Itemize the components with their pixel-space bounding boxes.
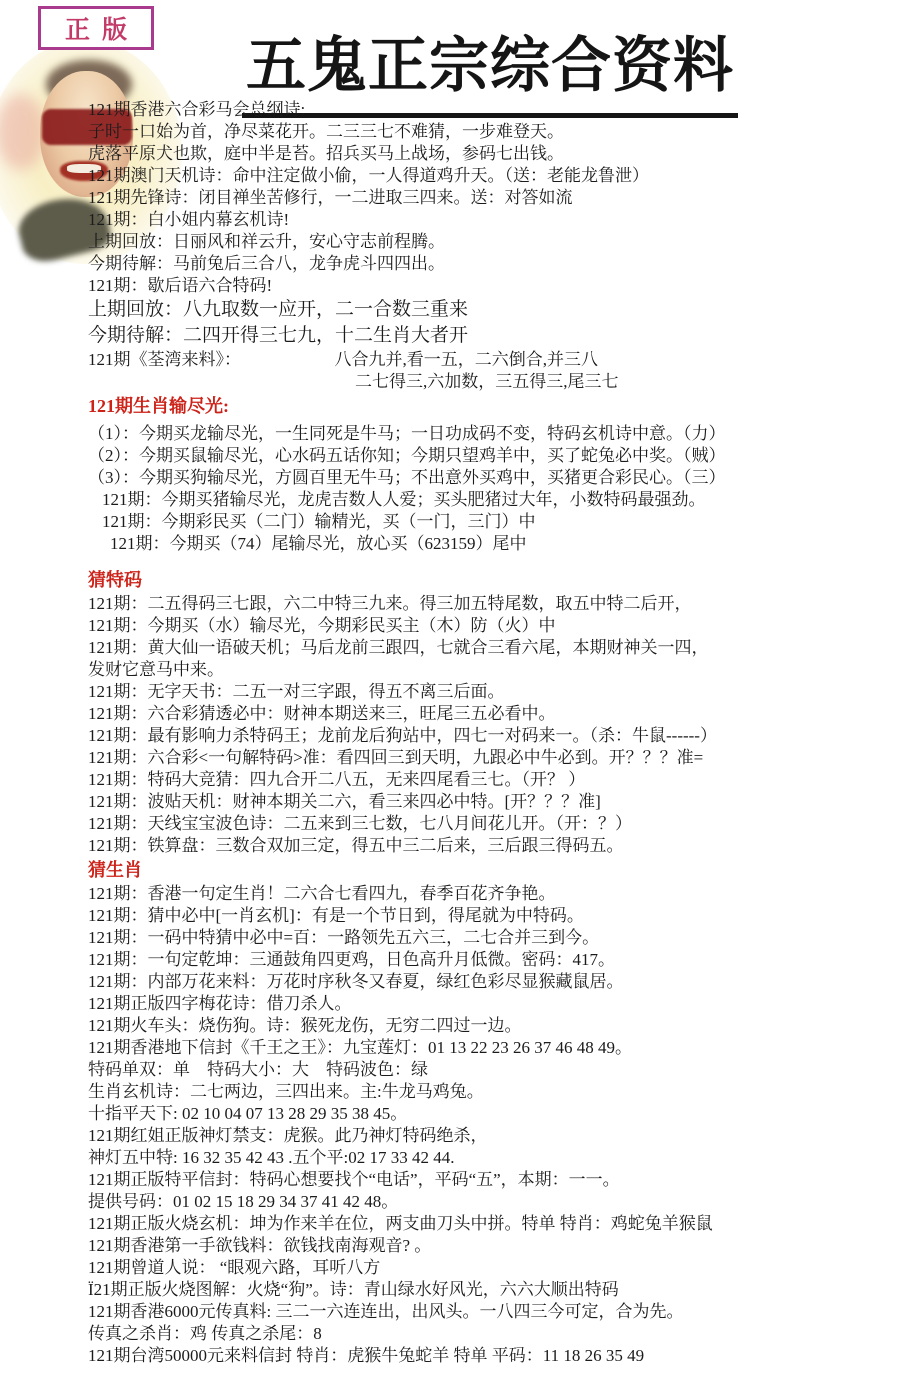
text-line: 传真之杀肖：鸡 传真之杀尾：8 (88, 1323, 900, 1345)
text-line: 121期：歇后语六合特码! (88, 275, 900, 297)
authentic-badge-label: 正版 (65, 10, 139, 46)
content-lines: 121期香港六合彩马会总纲诗:子时一口始为首，净尽菜花开。二三三七不难猜，一步难… (88, 99, 900, 1367)
text-line: 特码单双：单 特码大小：大 特码波色：绿 (88, 1059, 900, 1081)
text-line: 121期火车头：烧伤狗。诗：猴死龙伤，无穷二四过一边。 (88, 1015, 900, 1037)
text-line: 121期：今期买（74）尾输尽光，放心买（623159）尾中 (88, 533, 900, 555)
text-line: （3）：今期买狗输尽光，方圆百里无牛马；不出意外买鸡中，买猪更合彩民心。（三） (88, 467, 900, 489)
text-line: 121期《荃湾来料》： 八合九并,看一五，二六倒合,并三八 (88, 349, 900, 371)
text-line: 121期正版特平信封：特码心想要找个“电话”，平码“五”，本期：一一。 (88, 1169, 900, 1191)
text-line: 121期：波贴天机：财神本期关二六，看三来四必中特。[开？？？准] (88, 791, 900, 813)
text-line: 121期正版火烧玄机：坤为作来羊在位，两支曲刀头中拼。特单 特肖：鸡蛇兔羊猴鼠 (88, 1213, 900, 1235)
text-line: 121期香港6000元传真料: 三二一六连连出，出风头。一八四三今可定，合为先。 (88, 1301, 900, 1323)
text-line: 121期：六合彩<一句解特码>准：看四回三到天明，九跟必中牛必到。开？？？准= (88, 747, 900, 769)
text-line: 121期：今期买（水）输尽光，今期彩民买主（木）防（火）中 (88, 615, 900, 637)
text-line: 今期待解：马前兔后三合八，龙争虎斗四四出。 (88, 253, 900, 275)
authentic-badge: 正版 (38, 6, 154, 50)
text-line: 121期：今期买猪输尽光，龙虎吉数人人爱；买头肥猪过大年，小数特码最强劲。 (88, 489, 900, 511)
text-line: 121期：特码大竞猜：四九合开二八五，无来四尾看三七。（开？ ） (88, 769, 900, 791)
text-line: 生肖玄机诗：二七两边，三四出来。主:牛龙马鸡兔。 (88, 1081, 900, 1103)
lottery-info-sheet: 正版 五鬼正宗综合资料 121期香港六合彩马会总纲诗:子时一口始为首，净尽菜花开… (0, 0, 900, 1381)
text-line: 121期曾道人说： “眼观六路，耳听八方 (88, 1257, 900, 1279)
text-line: 121期：天线宝宝波色诗：二五来到三七数，七八月间花儿开。（开：？） (88, 813, 900, 835)
text-line: 121期香港地下信封《千王之王》：九宝莲灯：01 13 22 23 26 37 … (88, 1037, 900, 1059)
text-line: 二七得三,六加数，三五得三,尾三七 (88, 371, 900, 393)
text-line: 121期：六合彩猜透必中：财神本期送来三，旺尾三五必看中。 (88, 703, 900, 725)
text-line: Ï21期正版火烧图解：火烧“狗”。诗：青山绿水好风光，六六大顺出特码 (88, 1279, 900, 1301)
text-line: 121期：黄大仙一语破天机；马后龙前三跟四，七就合三看六尾，本期财神关一四， (88, 637, 900, 659)
text-line: 十指平天下: 02 10 04 07 13 28 29 35 38 45。 (88, 1103, 900, 1125)
section-heading: 猜特码 (88, 567, 900, 593)
text-line: （2）：今期买鼠输尽光，心水码五话你知；今期只望鸡羊中，买了蛇兔必中奖。（贼） (88, 445, 900, 467)
text-line: 121期澳门天机诗：命中注定做小偷，一人得道鸡升天。（送：老能龙鲁泄） (88, 165, 900, 187)
section-heading: 猜生肖 (88, 857, 900, 883)
text-line: 121期：今期彩民买（二门）输精光，买（一门，三门）中 (88, 511, 900, 533)
text-line: 121期：内部万花来料：万花时序秋冬又春夏，绿红色彩尽显猴藏鼠居。 (88, 971, 900, 993)
text-line: 121期：一句定乾坤：三通鼓角四更鸡，日色高升月低微。密码：417。 (88, 949, 900, 971)
text-line: 子时一口始为首，净尽菜花开。二三三七不难猜，一步难登天。 (88, 121, 900, 143)
text-line: 121期：二五得码三七跟，六二中特三九来。得三加五特尾数，取五中特二后开， (88, 593, 900, 615)
text-line: 121期正版四字梅花诗：借刀杀人。 (88, 993, 900, 1015)
text-line: 上期回放：日丽风和祥云升，安心守志前程腾。 (88, 231, 900, 253)
text-line: 神灯五中特: 16 32 35 42 43 .五个平:02 17 33 42 4… (88, 1147, 900, 1169)
text-line: 121期台湾50000元来料信封 特肖：虎猴牛兔蛇羊 特单 平码：11 18 2… (88, 1345, 900, 1367)
text-line: 虎落平原犬也欺，庭中半是苔。招兵买马上战场，参码七出钱。 (88, 143, 900, 165)
text-line: 121期：最有影响力杀特码王；龙前龙后狗站中，四七一对码来一。（杀：牛鼠----… (88, 725, 900, 747)
text-line: 提供号码：01 02 15 18 29 34 37 41 42 48。 (88, 1191, 900, 1213)
text-line: 121期：白小姐内幕玄机诗! (88, 209, 900, 231)
text-line: 121期：铁算盘：三数合双加三定，得五中三二后来，三后跟三得码五。 (88, 835, 900, 857)
text-line: （1）：今期买龙输尽光，一生同死是牛马；一日功成码不变，特码玄机诗中意。（力） (88, 423, 900, 445)
text-line: 上期回放：八九取数一应开，二一合数三重来 (88, 297, 900, 323)
text-line: 121期先锋诗：闭目禅坐苦修行，一二进取三四来。送：对答如流 (88, 187, 900, 209)
text-line: 121期香港六合彩马会总纲诗: (88, 99, 900, 121)
text-line: 121期红姐正版神灯禁支：虎猴。此乃神灯特码绝杀， (88, 1125, 900, 1147)
text-line: 今期待解：二四开得三七九，十二生肖大者开 (88, 323, 900, 349)
text-line: 121期：一码中特猜中必中=百：一路领先五六三，二七合并三到今。 (88, 927, 900, 949)
text-line: 121期：无字天书：二五一对三字跟，得五不离三后面。 (88, 681, 900, 703)
section-heading: 121期生肖输尽光: (88, 393, 900, 419)
text-line: 121期：猜中必中[一肖玄机]：有是一个节日到，得尾就为中特码。 (88, 905, 900, 927)
text-line: 121期：香港一句定生肖！二六合七看四九，春季百花齐争艳。 (88, 883, 900, 905)
text-line: 发财它意马中来。 (88, 659, 900, 681)
text-line: 121期香港第一手欲钱料：欲钱找南海观音? 。 (88, 1235, 900, 1257)
